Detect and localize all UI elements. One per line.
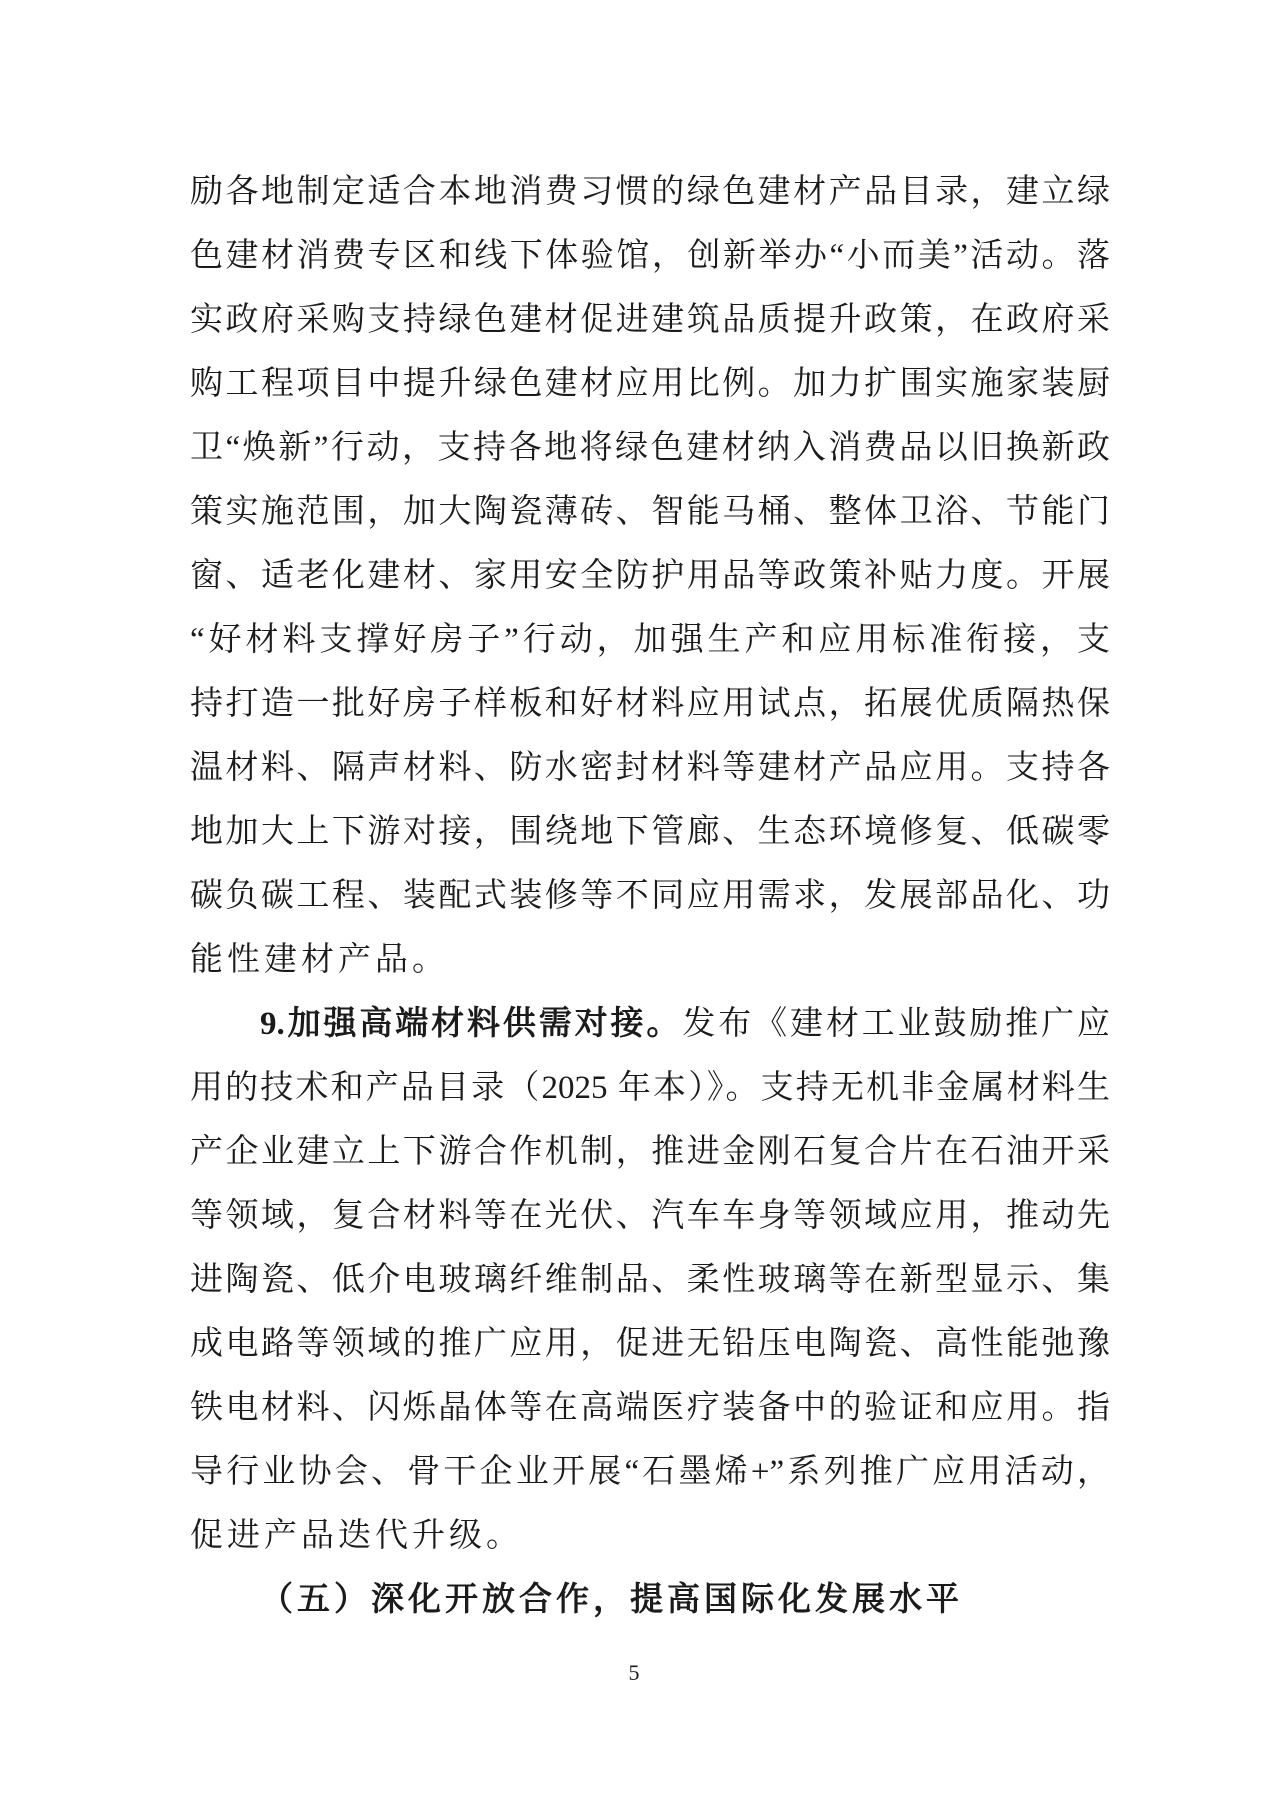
body-line: 产企业建立上下游合作机制，推进金刚石复合片在石油开采 xyxy=(190,1120,1110,1184)
body-line: 励各地制定适合本地消费习惯的绿色建材产品目录，建立绿 xyxy=(190,160,1110,224)
body-line: 温材料、隔声材料、防水密封材料等建材产品应用。支持各 xyxy=(190,736,1110,800)
section-9-lead-rest: 发布《建材工业鼓励推广应 xyxy=(682,1006,1110,1042)
paragraph-last-line: 促进产品迭代升级。 xyxy=(190,1504,1110,1568)
body-line: “好材料支撑好房子”行动，加强生产和应用标准衔接，支 xyxy=(190,608,1110,672)
body-line: 购工程项目中提升绿色建材应用比例。加力扩围实施家装厨 xyxy=(190,352,1110,416)
body-line: 成电路等领域的推广应用，促进无铅压电陶瓷、高性能弛豫 xyxy=(190,1312,1110,1376)
section-9-bold-heading: 9.加强高端材料供需对接。 xyxy=(260,1006,682,1042)
section-9-first-line: 9.加强高端材料供需对接。发布《建材工业鼓励推广应 xyxy=(190,992,1110,1056)
body-line: 碳负碳工程、装配式装修等不同应用需求，发展部品化、功 xyxy=(190,864,1110,928)
body-line: 实政府采购支持绿色建材促进建筑品质提升政策，在政府采 xyxy=(190,288,1110,352)
page-number: 5 xyxy=(0,1658,1268,1688)
text-block: 励各地制定适合本地消费习惯的绿色建材产品目录，建立绿 色建材消费专区和线下体验馆… xyxy=(190,160,1110,1632)
body-line: 等领域，复合材料等在光伏、汽车车身等领域应用，推动先 xyxy=(190,1184,1110,1248)
body-line: 卫“焕新”行动，支持各地将绿色建材纳入消费品以旧换新政 xyxy=(190,416,1110,480)
section-heading-5: （五）深化开放合作，提高国际化发展水平 xyxy=(190,1568,1110,1632)
body-line: 铁电材料、闪烁晶体等在高端医疗装备中的验证和应用。指 xyxy=(190,1376,1110,1440)
document-page: 励各地制定适合本地消费习惯的绿色建材产品目录，建立绿 色建材消费专区和线下体验馆… xyxy=(0,0,1268,1793)
body-line: 地加大上下游对接，围绕地下管廊、生态环境修复、低碳零 xyxy=(190,800,1110,864)
body-line: 进陶瓷、低介电玻璃纤维制品、柔性玻璃等在新型显示、集 xyxy=(190,1248,1110,1312)
body-line: 导行业协会、骨干企业开展“石墨烯+”系列推广应用活动， xyxy=(190,1440,1110,1504)
paragraph-last-line: 能性建材产品。 xyxy=(190,928,1110,992)
body-line: 策实施范围，加大陶瓷薄砖、智能马桶、整体卫浴、节能门 xyxy=(190,480,1110,544)
body-line: 持打造一批好房子样板和好材料应用试点，拓展优质隔热保 xyxy=(190,672,1110,736)
body-line: 用的技术和产品目录（2025 年本）》。支持无机非金属材料生 xyxy=(190,1056,1110,1120)
body-line: 色建材消费专区和线下体验馆，创新举办“小而美”活动。落 xyxy=(190,224,1110,288)
body-line: 窗、适老化建材、家用安全防护用品等政策补贴力度。开展 xyxy=(190,544,1110,608)
